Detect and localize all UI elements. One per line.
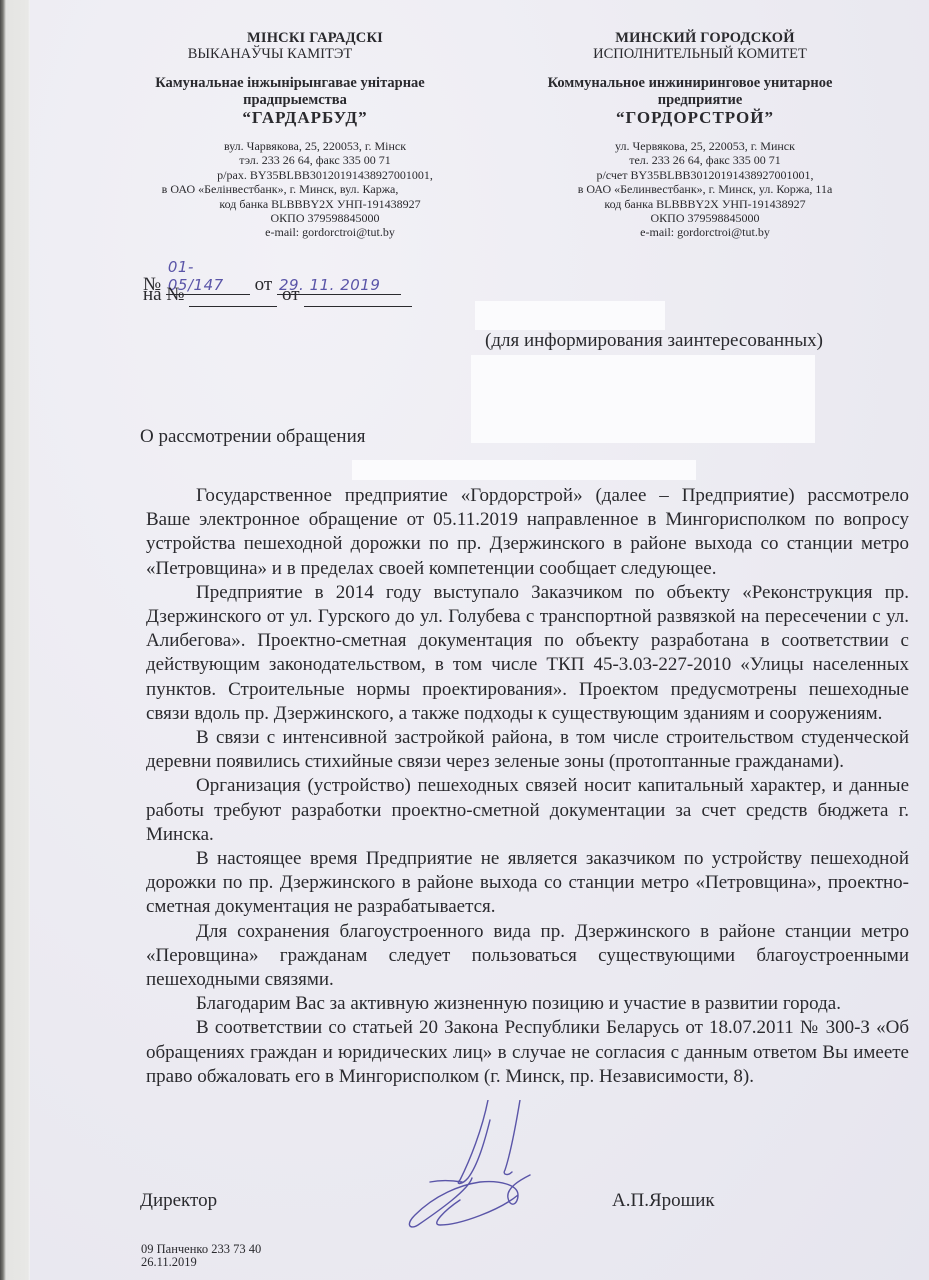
org-name: “ГАРДАРБУД” — [130, 108, 460, 127]
body-paragraph: Для сохранения благоустроенного вида пр.… — [146, 920, 909, 993]
req-bank-code: код банка BLBBBY2X УНП-191438927 — [130, 197, 460, 211]
org-name: “ГОРДОРСТРОЙ” — [520, 108, 860, 127]
org-line1: Коммунальное инжиниринговое унитарное — [520, 75, 860, 91]
req-bank: в ОАО «Белінвестбанк», г. Минск, вул. Ка… — [130, 182, 460, 196]
requisites: ул. Червякова, 25, 220053, г. Минск тел.… — [520, 139, 860, 240]
req-address: ул. Червякова, 25, 220053, г. Минск — [520, 139, 860, 153]
requisites: вул. Чарвякова, 25, 220053, г. Мінск тэл… — [130, 139, 460, 240]
org-line2: предприятие — [520, 92, 860, 108]
scan-edge — [0, 0, 30, 1280]
req-email: e-mail: gordorctroi@tut.by — [130, 225, 460, 239]
handwritten-signature-icon — [400, 1100, 580, 1230]
redacted-addressee-address — [471, 355, 815, 443]
signatory-name: А.П.Ярошик — [612, 1190, 715, 1212]
org-line2: прадпрыемства — [130, 92, 460, 108]
req-okpo: ОКПО 379598845000 — [520, 211, 860, 225]
issuer-line2: ВЫКАНАЎЧЫ КАМІТЭТ — [130, 46, 460, 62]
reply-to-label: на № — [143, 284, 184, 305]
org-line1: Камунальнае інжынірынгавае унітарнае — [120, 75, 460, 91]
issuer-line1: МИНСКИЙ ГОРОДСКОЙ — [520, 30, 860, 46]
req-bank: в ОАО «Белинвестбанк», г. Минск, ул. Кор… — [520, 182, 860, 196]
req-okpo: ОКПО 379598845000 — [130, 211, 460, 225]
body-paragraph: Государственное предприятие «Гордорстрой… — [146, 484, 909, 581]
executor-date: 26.11.2019 — [141, 1256, 197, 1269]
body-paragraph: Организация (устройство) пешеходных связ… — [146, 774, 909, 847]
reply-to-date-label: от — [282, 284, 300, 305]
letter-body: Государственное предприятие «Гордорстрой… — [146, 484, 909, 1089]
body-paragraph: Предприятие в 2014 году выступало Заказч… — [146, 581, 909, 726]
req-account: р/рах. BY35BLBB30120191438927001001, — [130, 168, 460, 182]
redacted-salutation — [352, 460, 696, 480]
reply-to-date-blank — [304, 284, 412, 307]
reply-to-line: на № от — [143, 284, 412, 307]
body-paragraph: В соответствии со статьей 20 Закона Респ… — [146, 1016, 909, 1089]
req-email: e-mail: gordorctroi@tut.by — [520, 225, 860, 239]
body-paragraph: В связи с интенсивной застройкой района,… — [146, 726, 909, 774]
letterhead-russian: МИНСКИЙ ГОРОДСКОЙ ИСПОЛНИТЕЛЬНЫЙ КОМИТЕТ… — [520, 30, 860, 240]
redacted-addressee-name — [475, 301, 665, 330]
body-paragraph: В настоящее время Предприятие не являетс… — [146, 847, 909, 920]
reply-to-number-blank — [189, 284, 277, 307]
signatory-position: Директор — [140, 1190, 217, 1212]
issuer-line1: МІНСКІ ГАРАДСКІ — [130, 30, 460, 46]
req-bank-code: код банка BLBBBY2X УНП-191438927 — [520, 197, 860, 211]
req-address: вул. Чарвякова, 25, 220053, г. Мінск — [130, 139, 460, 153]
body-paragraph: Благодарим Вас за активную жизненную поз… — [146, 992, 909, 1016]
issuer-line2: ИСПОЛНИТЕЛЬНЫЙ КОМИТЕТ — [520, 46, 860, 62]
addressee-note: (для информирования заинтересованных) — [485, 330, 823, 352]
letterhead-belarusian: МІНСКІ ГАРАДСКІ ВЫКАНАЎЧЫ КАМІТЭТ Камуна… — [130, 30, 460, 240]
subject-line: О рассмотрении обращения — [140, 426, 366, 448]
req-account: р/счет BY35BLBB30120191438927001001, — [520, 168, 860, 182]
req-phone: тел. 233 26 64, факс 335 00 71 — [520, 153, 860, 167]
req-phone: тэл. 233 26 64, факс 335 00 71 — [130, 153, 460, 167]
